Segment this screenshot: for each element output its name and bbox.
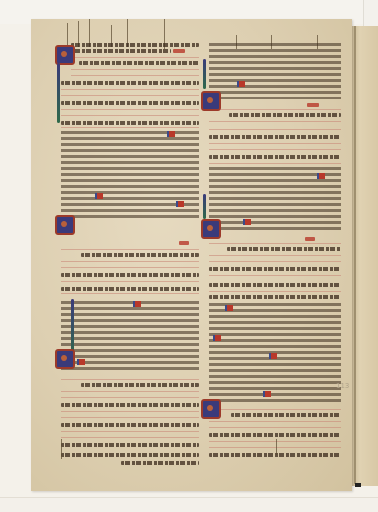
text-line — [209, 453, 341, 457]
ruling — [209, 243, 341, 244]
ruling — [209, 427, 341, 428]
decorated-initial — [201, 91, 221, 111]
ruling — [209, 149, 341, 150]
decorated-initial — [55, 349, 75, 369]
ruling — [209, 109, 341, 110]
text-line — [81, 253, 199, 257]
small-initial — [95, 193, 103, 199]
scan-background-bottom — [0, 497, 378, 512]
text-line — [71, 43, 199, 47]
text-line — [61, 287, 199, 291]
text-line — [81, 383, 199, 387]
ruling — [61, 379, 199, 380]
rubric — [307, 103, 319, 107]
ruling — [209, 409, 341, 410]
ruling — [71, 69, 199, 70]
descender — [61, 439, 62, 459]
small-initial — [263, 391, 271, 397]
ruling — [61, 261, 199, 262]
descender — [276, 439, 277, 455]
text-line — [209, 267, 341, 271]
ruling — [209, 447, 341, 448]
ruling — [61, 417, 199, 418]
rubric — [179, 241, 189, 245]
ruling — [61, 127, 199, 128]
ruling — [61, 437, 199, 438]
small-initial — [167, 131, 175, 137]
ruling — [61, 109, 199, 110]
text-line — [229, 113, 341, 117]
initial-tail — [203, 194, 206, 219]
ruling — [61, 431, 199, 432]
small-initial — [317, 173, 325, 179]
folio-number: 113 — [336, 382, 349, 390]
left-column — [61, 43, 199, 483]
ruling — [209, 143, 341, 144]
small-initial — [213, 335, 221, 341]
small-initial — [77, 359, 85, 365]
ruling — [209, 163, 341, 164]
text-line — [209, 155, 341, 159]
ruling — [61, 411, 199, 412]
text-line — [61, 273, 199, 277]
next-leaf-edge-top — [363, 0, 378, 26]
text-line — [61, 443, 199, 447]
text-line — [231, 413, 341, 417]
ruling — [209, 275, 341, 276]
text-line — [209, 283, 341, 287]
ruling — [61, 281, 199, 282]
small-initial — [237, 81, 245, 87]
gloss-text-block — [209, 43, 341, 99]
ruling — [209, 261, 341, 262]
ruling — [61, 115, 199, 116]
text-line — [209, 433, 341, 437]
decorated-initial — [201, 399, 221, 419]
text-line — [121, 461, 199, 465]
text-line — [61, 403, 199, 407]
decorated-initial — [55, 215, 75, 235]
ruling — [209, 421, 341, 422]
ruling — [61, 89, 199, 90]
text-line — [61, 423, 199, 427]
right-column — [209, 43, 341, 483]
rubric — [305, 237, 315, 241]
ruling — [209, 441, 341, 442]
ruling — [71, 75, 199, 76]
small-initial — [133, 301, 141, 307]
ruling — [61, 95, 199, 96]
text-line — [209, 135, 341, 139]
ruling — [209, 129, 341, 130]
scan-marker — [355, 483, 361, 487]
ruling — [209, 121, 341, 122]
text-line — [61, 121, 199, 125]
text-line — [79, 61, 199, 65]
ruling — [71, 57, 199, 58]
rubric — [173, 49, 185, 53]
text-line — [61, 453, 199, 457]
ruling — [61, 397, 199, 398]
ruling — [61, 391, 199, 392]
text-line — [61, 81, 199, 85]
ruling — [61, 267, 199, 268]
text-line — [61, 101, 199, 105]
manuscript-page — [31, 19, 352, 491]
initial-tail — [203, 59, 206, 89]
ruling — [209, 291, 341, 292]
text-line — [227, 247, 341, 251]
text-line — [209, 295, 341, 299]
ruling — [61, 249, 199, 250]
ruling — [209, 255, 341, 256]
decorated-initial — [201, 219, 221, 239]
gloss-text-block — [61, 131, 199, 221]
small-initial — [269, 353, 277, 359]
ruling — [61, 293, 199, 294]
text-line — [71, 49, 171, 53]
small-initial — [225, 305, 233, 311]
small-initial — [176, 201, 184, 207]
binding-gutter — [354, 26, 356, 484]
decorated-initial — [55, 45, 75, 65]
initial-tail — [57, 63, 60, 123]
small-initial — [243, 219, 251, 225]
